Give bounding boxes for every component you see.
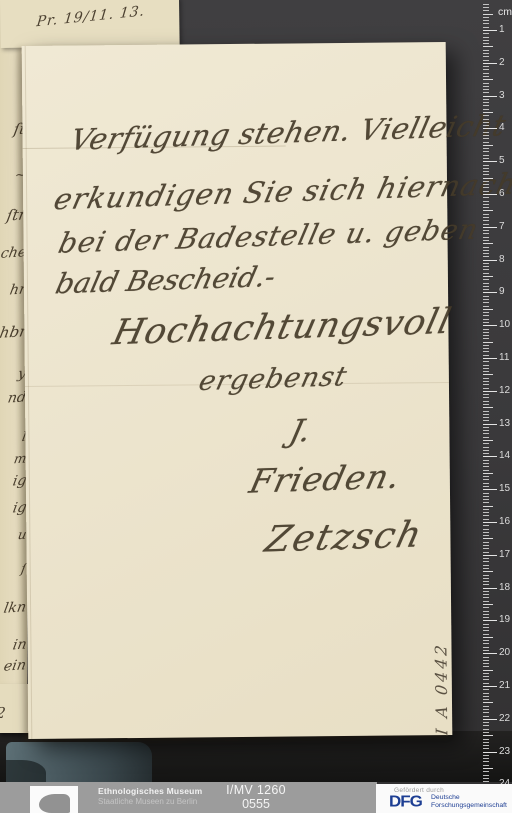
ruler-tick [483,309,493,310]
ruler-tick [483,716,489,717]
ruler-tick [483,634,489,635]
ruler-tick [483,719,497,720]
ruler-number: 13 [499,419,510,429]
ruler-tick [483,417,489,418]
ruler-tick [483,657,489,658]
ruler-tick [483,673,489,674]
ruler-number: 2 [499,58,505,68]
ruler-tick [483,745,489,746]
ruler-tick [483,329,489,330]
ruler-tick [483,414,489,415]
ruler-tick [483,407,493,408]
ruler-tick [483,522,497,523]
letter-line: bei der Badestelle u. geben [55,213,482,260]
ruler-tick [483,729,489,730]
ruler-tick [483,558,489,559]
ruler-tick [483,224,489,225]
ruler-number: 7 [499,222,505,232]
ruler-tick [483,506,493,507]
ruler-number: 23 [499,747,510,757]
ruler-number: 22 [499,714,510,724]
ruler-tick [483,119,489,120]
ruler-tick [483,771,489,772]
ruler-tick [483,476,489,477]
ruler-number: 17 [499,550,510,560]
ruler-tick [483,535,489,536]
ruler-tick [483,365,489,366]
ruler-tick [483,306,489,307]
ruler-tick [483,768,493,769]
ruler-tick [483,594,489,595]
ruler-tick [483,165,489,166]
ruler-tick [483,148,489,149]
ruler-number: 15 [499,484,510,494]
ruler-tick [483,79,493,80]
ruler-tick [483,693,489,694]
ruler-tick [483,276,493,277]
ruler-tick [483,105,489,106]
ruler-tick [483,479,489,480]
ruler-tick [483,335,489,336]
ruler-tick [483,752,497,753]
ruler-tick [483,725,489,726]
ruler-tick [483,532,489,533]
ruler-tick [483,99,489,100]
ruler-tick [483,443,489,444]
ruler-tick [483,240,489,241]
ruler-tick [483,440,493,441]
ruler-tick [483,145,493,146]
ruler-tick [483,548,489,549]
ruler-tick [483,86,489,87]
ruler-tick [483,187,489,188]
ruler-tick [483,424,497,425]
ruler-tick [483,604,493,605]
ruler-tick [483,283,489,284]
letter-closing-line: Hochachtungsvoll [109,302,456,354]
ruler-tick [483,168,489,169]
ruler-tick [483,450,489,451]
archive-date-note: Pr. 19/11. 13. [36,3,146,30]
ruler-tick [483,519,489,520]
ruler-tick [483,332,489,333]
ruler-tick [483,542,489,543]
ruler-tick [483,204,489,205]
ruler-tick [483,509,489,510]
ruler-tick [483,184,489,185]
ruler-tick [483,250,489,251]
underlying-page-top-corner: Pr. 19/11. 13. [0,0,180,48]
ruler-tick [483,361,489,362]
ruler-tick [483,292,497,293]
ruler-tick [483,286,489,287]
ruler-tick [483,181,489,182]
ruler-tick [483,670,493,671]
ruler-tick [483,279,489,280]
ruler-tick [483,496,489,497]
ruler-tick [483,122,489,123]
ruler-tick [483,778,489,779]
letter-closing-line: ergebenst [196,361,351,397]
ruler-tick [483,191,489,192]
ruler-tick [483,404,489,405]
ruler-tick [483,620,497,621]
ruler-tick [483,765,489,766]
ruler-tick [483,214,489,215]
ruler-tick [483,529,489,530]
ruler-tick [483,220,489,221]
ruler-number: 21 [499,681,510,691]
ruler-tick [483,374,493,375]
page-number-fragment: 2 [0,704,7,722]
ruler-tick [483,138,489,139]
ruler-tick [483,135,489,136]
ruler-number: 12 [499,386,510,396]
ruler-tick [483,775,489,776]
ruler-tick [483,263,489,264]
ruler-tick [483,312,489,313]
ruler-tick [483,102,489,103]
ruler-tick [483,207,489,208]
ruler-tick [483,273,489,274]
ruler-tick [483,296,489,297]
ruler-tick [483,781,489,782]
ruler-tick [483,115,489,116]
ruler-tick [483,689,489,690]
ruler-tick [483,260,497,261]
ruler-tick [483,647,489,648]
ruler-tick [483,14,493,15]
dfg-logo: DFG [389,793,422,811]
ruler-tick [483,125,489,126]
ruler-tick [483,470,489,471]
ruler-tick [483,378,489,379]
ruler-tick [483,617,489,618]
ruler-tick [483,640,489,641]
ruler-tick [483,696,489,697]
ruler-tick [483,597,489,598]
ruler-tick [483,473,493,474]
ruler-tick [483,643,489,644]
ruler-tick [483,394,489,395]
ruler-number: 4 [499,123,505,133]
letter-line: bald Bescheid.- [52,260,278,300]
ruler-tick [483,247,489,248]
ruler-tick [483,201,489,202]
signature-line: Frieden. [246,457,405,501]
ruler-tick [483,581,489,582]
ruler-tick [483,210,493,211]
ruler-tick [483,679,489,680]
ruler-tick [483,151,489,152]
ruler-tick [483,109,489,110]
ruler-tick [483,591,489,592]
ruler-tick [483,345,489,346]
ruler-tick [483,686,497,687]
ruler-tick [483,453,489,454]
ruler-tick [483,433,489,434]
ruler-number: 1 [499,25,505,35]
ruler-tick [483,10,489,11]
ruler-tick [483,515,489,516]
ruler-tick [483,489,497,490]
ruler-tick [483,755,489,756]
ruler-tick [483,73,489,74]
ruler-tick [483,233,489,234]
ruler-tick [483,53,489,54]
ruler-tick [483,683,489,684]
ruler-tick [483,735,493,736]
ruler-tick [483,355,489,356]
ruler-tick [483,758,489,759]
ruler-tick [483,253,489,254]
margin-writing-fragment: ein [3,657,28,674]
ruler-tick [483,430,489,431]
ruler-tick [483,217,489,218]
ruler-tick [483,499,489,500]
ruler-tick [483,50,489,51]
ruler-tick [483,227,497,228]
ruler-number: 6 [499,189,505,199]
ruler-tick [483,256,489,257]
ruler-tick [483,351,489,352]
ruler-tick [483,653,497,654]
ruler-number: 9 [499,287,505,297]
ruler-tick [483,466,489,467]
ruler-tick [483,358,497,359]
ruler-number: 10 [499,320,510,330]
margin-writing-fragment: in [11,637,28,654]
ruler-tick [483,588,497,589]
ruler-tick [483,269,489,270]
ruler-tick [483,397,489,398]
table-surface [6,742,152,782]
ruler-tick [483,411,489,412]
ruler-tick [483,40,489,41]
ruler-tick [483,699,489,700]
ruler-tick [483,388,489,389]
ruler-tick [483,561,489,562]
ruler-number: 16 [499,517,510,527]
ruler-tick [483,46,493,47]
ruler: cm 1234567891011121314151617181920212223… [478,0,512,790]
ruler-tick [483,578,489,579]
ruler-tick [483,381,489,382]
ruler-tick [483,384,489,385]
ruler-tick [483,611,489,612]
ruler-tick [483,401,489,402]
ruler-tick [483,43,489,44]
ruler-tick [483,325,497,326]
ruler-tick [483,230,489,231]
ruler-tick [483,732,489,733]
ruler-tick [483,630,489,631]
letter-line: erkundigen Sie sich hiernach [51,167,512,217]
ruler-tick [483,348,489,349]
ruler-tick [483,83,489,84]
ruler-unit-label: cm [498,6,512,18]
funder-name-line1: Deutsche [431,794,507,802]
ruler-tick [483,289,489,290]
ruler-tick [483,483,489,484]
ruler-tick [483,584,489,585]
ruler-tick [483,161,497,162]
ruler-tick [483,565,489,566]
ruler-number: 8 [499,255,505,265]
ruler-tick [483,456,497,457]
ruler-tick [483,525,489,526]
ruler-tick [483,237,489,238]
ruler-tick [483,486,489,487]
ruler-tick [483,676,489,677]
ruler-tick [483,512,489,513]
ruler-number: 3 [499,91,505,101]
ruler-tick [483,299,489,300]
ruler-tick [483,706,489,707]
ruler-tick [483,538,493,539]
ruler-tick [483,712,489,713]
ruler-tick [483,243,493,244]
ruler-tick [483,155,489,156]
ruler-tick [483,607,489,608]
margin-writing-fragment: ig [11,500,28,517]
ruler-tick [483,315,489,316]
ruler-tick [483,427,489,428]
ruler-tick [483,197,489,198]
ruler-tick [483,158,489,159]
ruler-tick [483,142,489,143]
ruler-tick [483,194,497,195]
ruler-tick [483,319,489,320]
ruler-tick [483,650,489,651]
ruler-tick [483,302,489,303]
ruler-tick [483,601,489,602]
ruler-number: 19 [499,615,510,625]
ruler-tick [483,37,489,38]
ruler-tick [483,338,489,339]
ruler-tick [483,742,489,743]
ruler-tick [483,437,489,438]
ruler-tick [483,30,497,31]
ruler-tick [483,171,489,172]
ruler-tick [483,63,497,64]
ruler-tick [483,575,489,576]
ruler-tick [483,571,493,572]
ruler-tick [483,178,493,179]
document-scan-viewport: ſt~ſtrchehrhbryndlmigiguſlkninein Pr. 19… [0,0,512,813]
ruler-tick [483,702,493,703]
dfg-funding-box: Gefördert durch DFG Deutsche Forschungsg… [376,784,512,813]
ruler-tick [483,132,489,133]
ruler-tick [483,17,489,18]
ruler-number: 5 [499,156,505,166]
ruler-tick [483,60,489,61]
ruler-tick [483,568,489,569]
ruler-tick [483,56,489,57]
ruler-tick [483,463,489,464]
ruler-tick [483,545,489,546]
ruler-tick [483,7,489,8]
ruler-tick [483,20,489,21]
ruler-tick [483,666,489,667]
ruler-tick [483,614,489,615]
ruler-tick [483,89,489,90]
ruler-tick [483,739,489,740]
ruler-tick [483,66,489,67]
ruler-tick [483,722,489,723]
funder-name: Deutsche Forschungsgemeinschaft [431,794,507,809]
ruler-number: 20 [499,648,510,658]
ruler-tick [483,128,497,129]
ruler-tick [483,709,489,710]
ruler-tick [483,23,489,24]
ruler-tick [483,368,489,369]
ruler-tick [483,69,489,70]
ruler-tick [483,96,497,97]
inventory-number-vertical: I A 0442 [431,641,451,736]
ruler-tick [483,552,489,553]
ruler-number: 18 [499,583,510,593]
ruler-tick [483,624,489,625]
ruler-tick [483,266,489,267]
ruler-tick [483,322,489,323]
ruler-tick [483,76,489,77]
ruler-tick [483,748,489,749]
ruler-tick [483,660,489,661]
ruler-tick [483,342,493,343]
ruler-tick [483,502,489,503]
funder-name-line2: Forschungsgemeinschaft [431,802,507,810]
letter-line: Verfügung stehen. Vielleicht [67,108,509,157]
ruler-tick [483,33,489,34]
ruler-tick [483,493,489,494]
ruler-tick [483,371,489,372]
ruler-tick [483,761,489,762]
signature-flourish: J. [286,413,314,450]
ruler-tick [483,447,489,448]
ruler-tick [483,27,489,28]
ruler-tick [483,420,489,421]
ruler-tick [483,174,489,175]
margin-writing-fragment: lkn [2,599,27,616]
signature-line: Zetzsch [261,514,427,560]
ruler-tick [483,555,497,556]
ruler-tick [483,4,489,5]
ruler-number: 14 [499,451,510,461]
ruler-tick [483,627,489,628]
ruler-tick [483,391,497,392]
ruler-tick [483,637,493,638]
ruler-tick [483,663,489,664]
letter-page: Verfügung stehen. Vielleicht erkundigen … [22,42,453,739]
ruler-tick [483,460,489,461]
ruler-number: 11 [499,353,509,363]
ruler-tick [483,92,489,93]
ruler-tick [483,112,493,113]
